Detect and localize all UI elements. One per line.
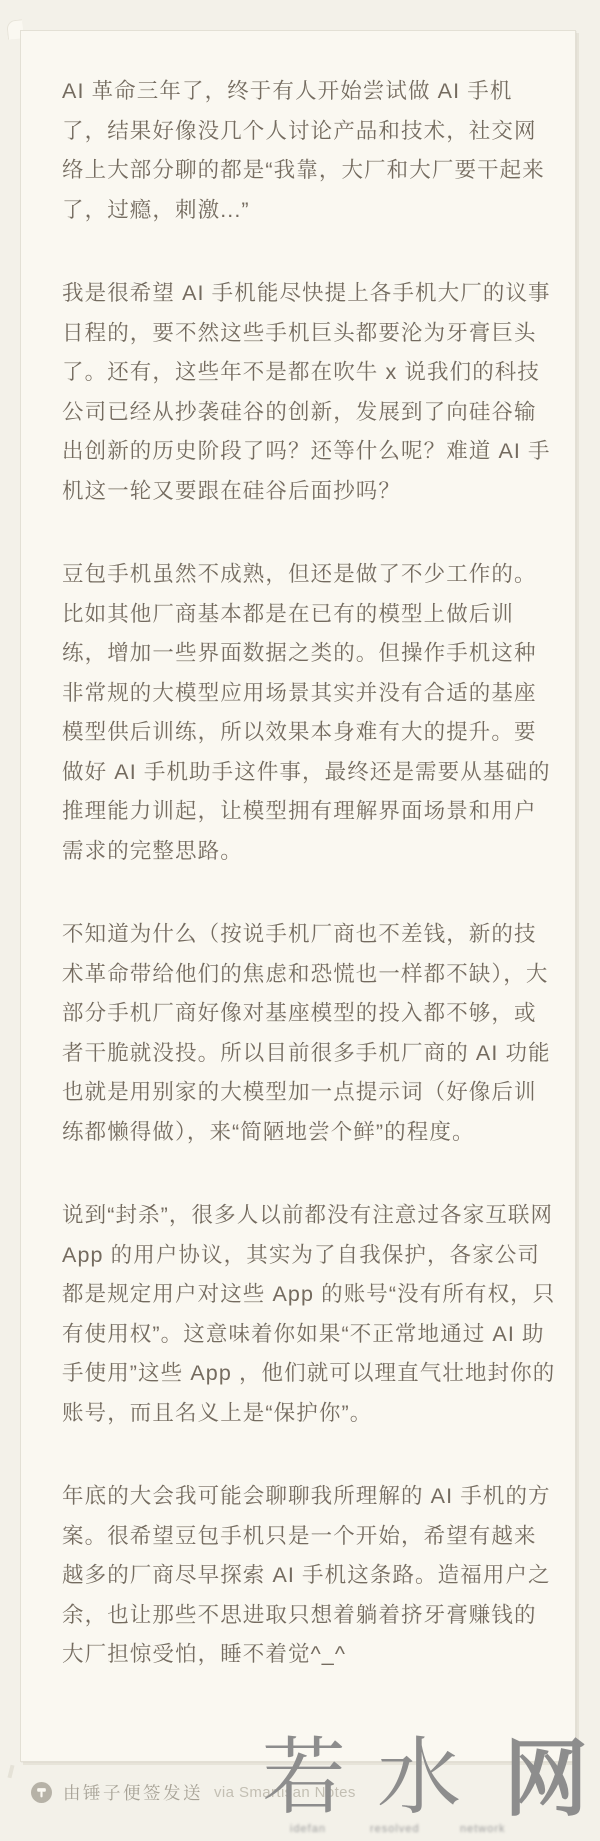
note-paragraph: 年底的大会我可能会聊聊我所理解的 AI 手机的方案。很希望豆包手机只是一个开始，… <box>62 1477 557 1675</box>
note-paragraph: 我是很希望 AI 手机能尽快提上各手机大厂的议事日程的，要不然这些手机巨头都要沦… <box>62 274 557 511</box>
watermark-subtext: resolved <box>370 1823 420 1835</box>
paper-curl-bottom-left <box>7 1765 14 1779</box>
note-card: AI 革命三年了，终于有人开始尝试做 AI 手机了，结果好像没几个人讨论产品和技… <box>20 30 576 1762</box>
note-paragraph: AI 革命三年了，终于有人开始尝试做 AI 手机了，结果好像没几个人讨论产品和技… <box>62 72 557 230</box>
watermark-subtext: network <box>460 1823 506 1835</box>
note-content: AI 革命三年了，终于有人开始尝试做 AI 手机了，结果好像没几个人讨论产品和技… <box>62 72 556 1675</box>
watermark-character: 网 <box>504 1739 588 1819</box>
note-paragraph: 说到“封杀”，很多人以前都没有注意过各家互联网 App 的用户协议，其实为了自我… <box>62 1196 557 1433</box>
footer-sent-label: 由锤子便签发送 <box>63 1780 203 1805</box>
note-paragraph: 豆包手机虽然不成熟，但还是做了不少工作的。比如其他厂商基本都是在已有的模型上做后… <box>62 555 557 871</box>
smartisan-hammer-icon <box>31 1782 52 1803</box>
note-paragraph: 不知道为什么（按说手机厂商也不差钱，新的技术革命带给他们的焦虑和恐慌也一样都不缺… <box>62 915 557 1152</box>
watermark-subtext: idefan <box>290 1823 326 1835</box>
watermark-character: 若 <box>262 1737 346 1817</box>
watermark-character: 水 <box>377 1737 461 1817</box>
